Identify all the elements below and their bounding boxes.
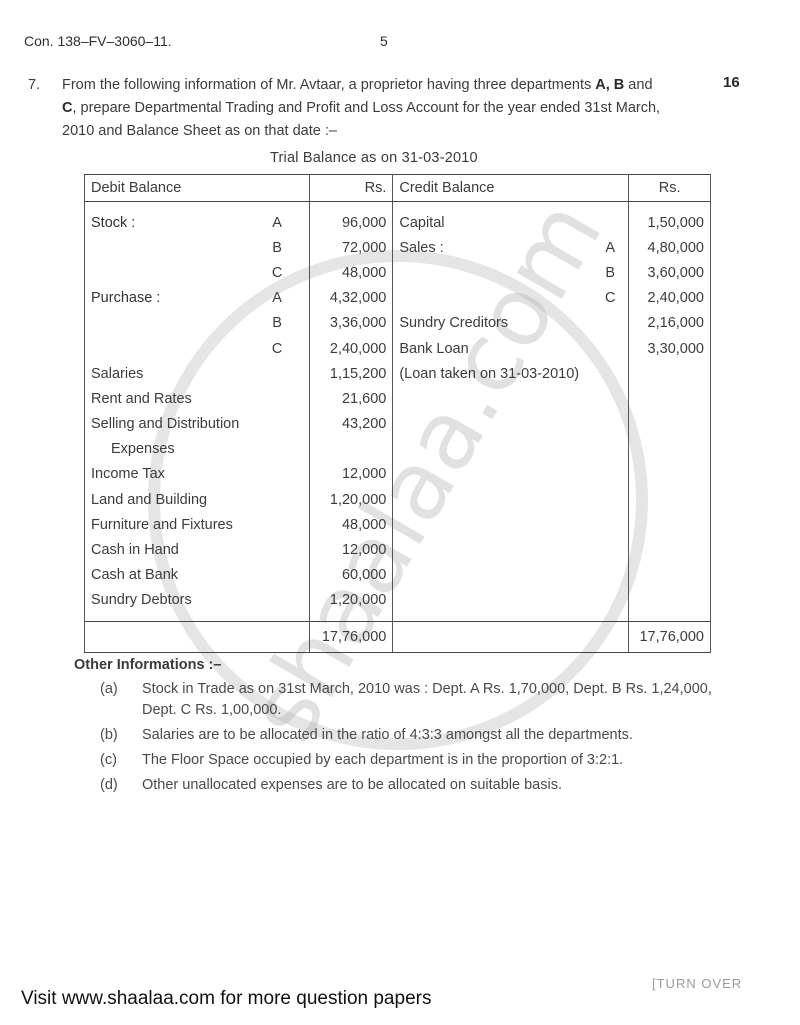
debit-amount: 2,40,000 [309, 336, 392, 361]
table-row: C2,40,000Bank Loan3,30,000 [85, 336, 711, 361]
debit-label: Sundry Debtors [85, 588, 246, 622]
credit-dept [592, 512, 629, 537]
credit-label [393, 462, 592, 487]
question-number: 7. [28, 74, 40, 97]
debit-dept [245, 588, 309, 622]
debit-amount: 1,20,000 [309, 487, 392, 512]
header-credit-balance: Credit Balance [393, 175, 629, 202]
table-row: Furniture and Fixtures48,000 [85, 512, 711, 537]
debit-dept [245, 386, 309, 411]
debit-amount: 4,32,000 [309, 286, 392, 311]
debit-label: Cash in Hand [85, 537, 246, 562]
debit-label: Rent and Rates [85, 386, 246, 411]
other-info-label: (a) [100, 679, 118, 700]
debit-amount: 21,600 [309, 386, 392, 411]
other-info-list: (a)Stock in Trade as on 31st March, 2010… [100, 679, 730, 800]
credit-label [393, 487, 592, 512]
question-line-3: 2010 and Balance Sheet as on that date :… [62, 120, 722, 143]
question-line-2: C, prepare Departmental Trading and Prof… [62, 97, 722, 120]
debit-amount: 1,15,200 [309, 361, 392, 386]
credit-amount [629, 512, 711, 537]
credit-dept [592, 437, 629, 462]
table-row: Cash in Hand12,000 [85, 537, 711, 562]
table-row: B3,36,000Sundry Creditors2,16,000 [85, 311, 711, 336]
credit-label: (Loan taken on 31-03-2010) [393, 361, 592, 386]
page-number: 5 [380, 33, 388, 49]
credit-dept [592, 412, 629, 437]
other-info-text: Stock in Trade as on 31st March, 2010 wa… [142, 679, 730, 721]
question-text: From the following information of Mr. Av… [62, 74, 722, 143]
debit-amount: 12,000 [309, 462, 392, 487]
debit-dept [245, 412, 309, 437]
table-row: Purchase :A4,32,000C2,40,000 [85, 286, 711, 311]
credit-amount: 2,16,000 [629, 311, 711, 336]
credit-dept [592, 588, 629, 622]
debit-label: Expenses [85, 437, 246, 462]
credit-amount [629, 386, 711, 411]
total-credit: 17,76,000 [629, 622, 711, 653]
other-info-label: (c) [100, 750, 117, 771]
question-line-1: From the following information of Mr. Av… [62, 74, 722, 97]
debit-dept [245, 361, 309, 386]
debit-dept [245, 462, 309, 487]
debit-label: Selling and Distribution [85, 412, 246, 437]
credit-label [393, 386, 592, 411]
table-header-row: Debit Balance Rs. Credit Balance Rs. [85, 175, 711, 202]
debit-dept: C [245, 260, 309, 285]
credit-label [393, 437, 592, 462]
total-debit: 17,76,000 [309, 622, 392, 653]
credit-dept [592, 336, 629, 361]
debit-dept [245, 537, 309, 562]
credit-dept: C [592, 286, 629, 311]
debit-label: Cash at Bank [85, 563, 246, 588]
credit-dept [592, 361, 629, 386]
debit-amount: 60,000 [309, 563, 392, 588]
footer-visit-text: Visit www.shaalaa.com for more question … [21, 988, 431, 1010]
debit-amount: 1,20,000 [309, 588, 392, 622]
table-row: Cash at Bank60,000 [85, 563, 711, 588]
credit-label: Sundry Creditors [393, 311, 592, 336]
other-info-item: (c)The Floor Space occupied by each depa… [100, 750, 730, 771]
table-row: Selling and Distribution43,200 [85, 412, 711, 437]
credit-dept: A [592, 235, 629, 260]
other-info-item: (d)Other unallocated expenses are to be … [100, 775, 730, 796]
credit-amount [629, 588, 711, 622]
credit-amount: 3,30,000 [629, 336, 711, 361]
credit-amount: 1,50,000 [629, 202, 711, 236]
paper-code: Con. 138–FV–3060–11. [24, 33, 172, 49]
debit-label: Furniture and Fixtures [85, 512, 246, 537]
credit-label [393, 286, 592, 311]
credit-label [393, 588, 592, 622]
debit-dept: C [245, 336, 309, 361]
other-info-label: (b) [100, 725, 118, 746]
debit-dept: A [245, 202, 309, 236]
credit-amount [629, 487, 711, 512]
other-info-item: (a)Stock in Trade as on 31st March, 2010… [100, 679, 730, 721]
turn-over: [TURN OVER [652, 976, 742, 991]
credit-amount: 3,60,000 [629, 260, 711, 285]
credit-amount [629, 462, 711, 487]
debit-label [85, 260, 246, 285]
debit-dept: B [245, 311, 309, 336]
debit-amount: 43,200 [309, 412, 392, 437]
credit-label: Capital [393, 202, 592, 236]
debit-label: Purchase : [85, 286, 246, 311]
credit-label: Bank Loan [393, 336, 592, 361]
trial-balance-title: Trial Balance as on 31-03-2010 [270, 150, 478, 166]
credit-dept [592, 462, 629, 487]
credit-dept [592, 311, 629, 336]
debit-amount: 96,000 [309, 202, 392, 236]
debit-label [85, 311, 246, 336]
credit-dept [592, 563, 629, 588]
debit-amount: 12,000 [309, 537, 392, 562]
other-info-item: (b)Salaries are to be allocated in the r… [100, 725, 730, 746]
debit-amount: 72,000 [309, 235, 392, 260]
debit-dept: A [245, 286, 309, 311]
debit-dept [245, 437, 309, 462]
table-row: Land and Building1,20,000 [85, 487, 711, 512]
table-row: Rent and Rates21,600 [85, 386, 711, 411]
debit-amount [309, 437, 392, 462]
credit-label [393, 537, 592, 562]
table-row: Income Tax12,000 [85, 462, 711, 487]
credit-label: Sales : [393, 235, 592, 260]
credit-label [393, 412, 592, 437]
credit-dept [592, 386, 629, 411]
table-total-row: 17,76,000 17,76,000 [85, 622, 711, 653]
header-debit-rs: Rs. [309, 175, 392, 202]
debit-label [85, 235, 246, 260]
credit-label [393, 563, 592, 588]
debit-label: Income Tax [85, 462, 246, 487]
trial-balance-table: Debit Balance Rs. Credit Balance Rs. Sto… [84, 174, 711, 653]
other-info-text: Salaries are to be allocated in the rati… [142, 725, 730, 746]
table-row: Expenses [85, 437, 711, 462]
question-marks: 16 [723, 74, 740, 91]
header-debit-balance: Debit Balance [85, 175, 310, 202]
debit-label: Stock : [85, 202, 246, 236]
credit-dept [592, 537, 629, 562]
debit-amount: 3,36,000 [309, 311, 392, 336]
debit-dept [245, 487, 309, 512]
other-info-text: The Floor Space occupied by each departm… [142, 750, 730, 771]
credit-amount [629, 563, 711, 588]
credit-amount: 2,40,000 [629, 286, 711, 311]
credit-dept [592, 487, 629, 512]
debit-amount: 48,000 [309, 260, 392, 285]
credit-amount [629, 537, 711, 562]
credit-label [393, 512, 592, 537]
debit-label: Land and Building [85, 487, 246, 512]
table-row: Sundry Debtors1,20,000 [85, 588, 711, 622]
credit-dept [592, 202, 629, 236]
debit-dept [245, 563, 309, 588]
credit-amount: 4,80,000 [629, 235, 711, 260]
credit-amount [629, 412, 711, 437]
debit-amount: 48,000 [309, 512, 392, 537]
credit-dept: B [592, 260, 629, 285]
debit-dept: B [245, 235, 309, 260]
table-row: B72,000Sales :A4,80,000 [85, 235, 711, 260]
credit-label [393, 260, 592, 285]
credit-amount [629, 361, 711, 386]
table-row: C48,000B3,60,000 [85, 260, 711, 285]
other-info-label: (d) [100, 775, 118, 796]
table-row: Salaries1,15,200(Loan taken on 31-03-201… [85, 361, 711, 386]
other-info-text: Other unallocated expenses are to be all… [142, 775, 730, 796]
debit-label [85, 336, 246, 361]
table-row: Stock :A96,000Capital1,50,000 [85, 202, 711, 236]
credit-amount [629, 437, 711, 462]
header-credit-rs: Rs. [629, 175, 711, 202]
debit-dept [245, 512, 309, 537]
other-info-title: Other Informations :– [74, 657, 221, 673]
debit-label: Salaries [85, 361, 246, 386]
